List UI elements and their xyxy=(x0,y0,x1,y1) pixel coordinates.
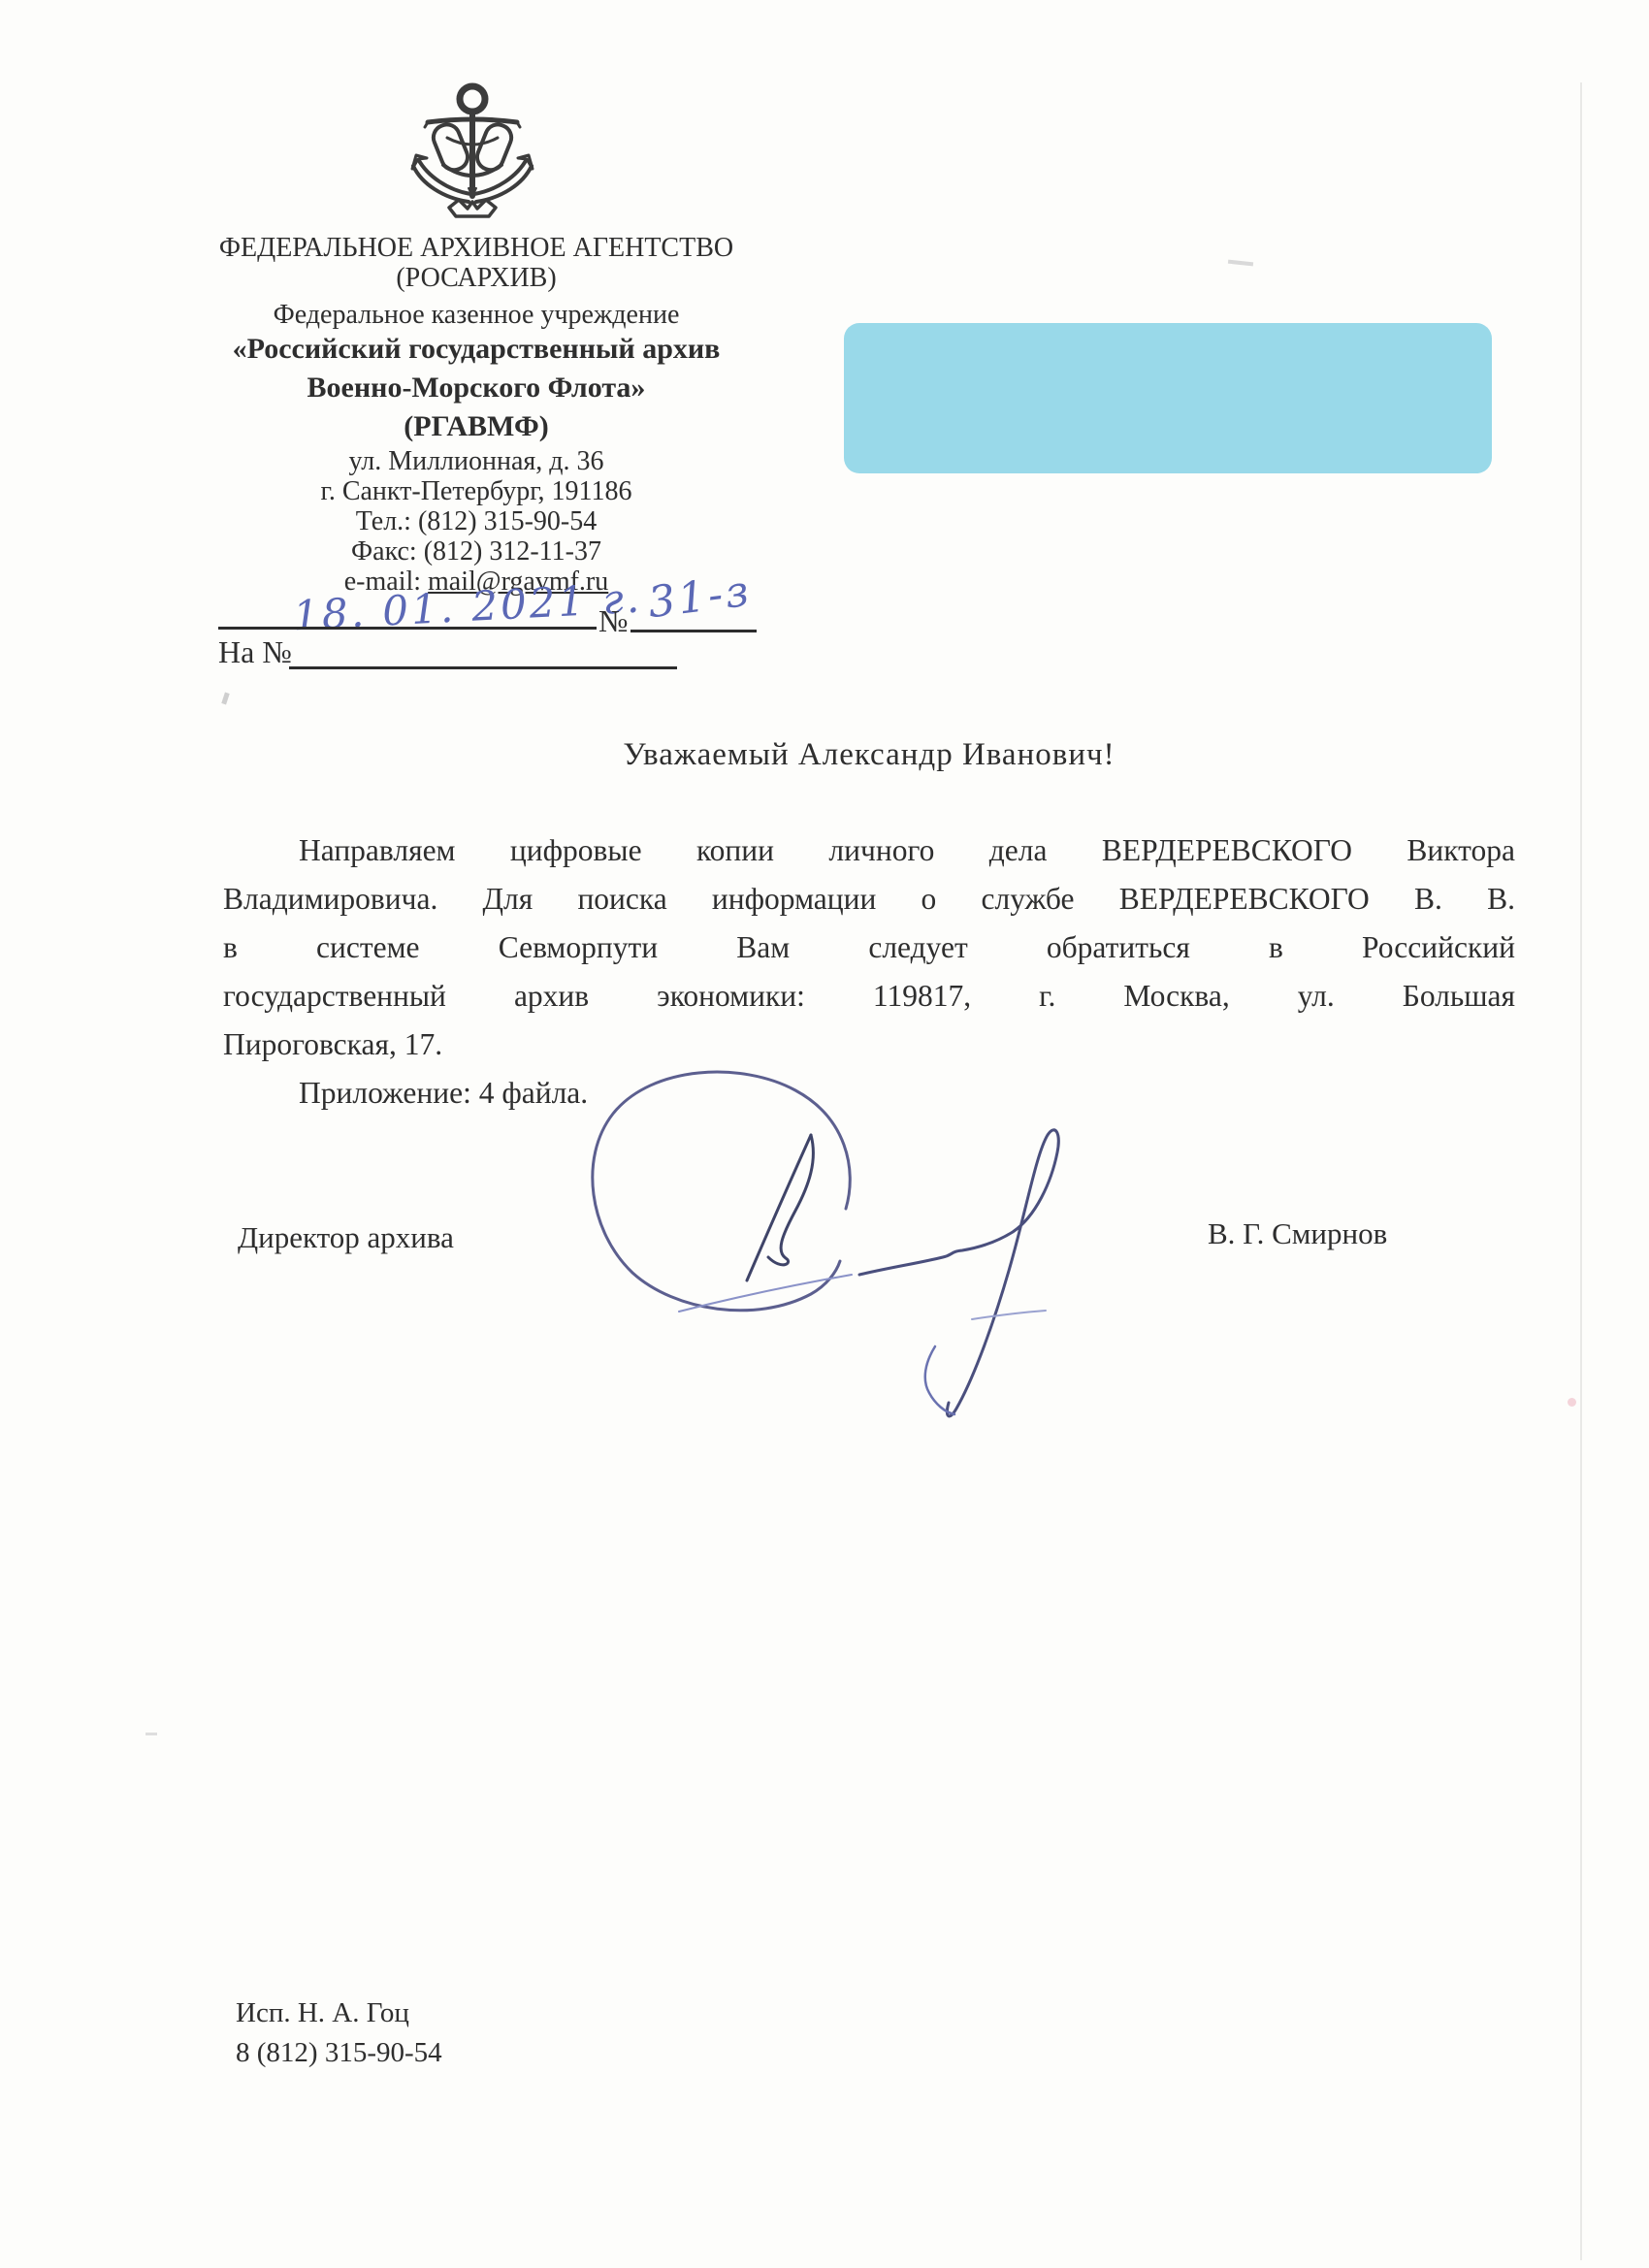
org-type: Федеральное казенное учреждение xyxy=(179,300,773,330)
body-line: государственный архив экономики: 119817,… xyxy=(223,972,1515,1021)
letterhead: ФЕДЕРАЛЬНОЕ АРХИВНОЕ АГЕНТСТВО (РОСАРХИВ… xyxy=(179,233,773,597)
fax-line: Факс: (812) 312-11-37 xyxy=(179,536,773,567)
phone-line: Тел.: (812) 315-90-54 xyxy=(179,506,773,536)
org-name-line2: Военно-Морского Флота» xyxy=(179,369,773,407)
city-address: г. Санкт-Петербург, 191186 xyxy=(179,476,773,506)
executor-note: Исп. Н. А. Гоц 8 (812) 315-90-54 xyxy=(236,1993,442,2073)
org-name-line1: «Российский государственный архив xyxy=(179,330,773,369)
executor-phone: 8 (812) 315-90-54 xyxy=(236,2033,442,2073)
redaction-box xyxy=(844,323,1492,473)
body-line: Владимировича. Для поиска информации о с… xyxy=(223,875,1515,923)
incoming-number-label: На № xyxy=(218,634,292,670)
signer-name: В. Г. Смирнов xyxy=(1208,1216,1387,1251)
street-address: ул. Миллионная, д. 36 xyxy=(179,446,773,476)
salutation: Уважаемый Александр Иванович! xyxy=(223,737,1515,773)
scanned-letter-page: ФЕДЕРАЛЬНОЕ АРХИВНОЕ АГЕНТСТВО (РОСАРХИВ… xyxy=(0,0,1649,2268)
incoming-number-underline xyxy=(289,666,677,669)
scan-artifact xyxy=(1228,260,1253,267)
scan-artifact xyxy=(221,693,229,705)
body-line: в системе Севморпути Вам следует обратит… xyxy=(223,923,1515,972)
agency-name: ФЕДЕРАЛЬНОЕ АРХИВНОЕ АГЕНТСТВО xyxy=(179,233,773,263)
number-underline xyxy=(630,630,757,632)
body-line: Направляем цифровые копии личного дела В… xyxy=(223,826,1515,875)
executor-name: Исп. Н. А. Гоц xyxy=(236,1993,442,2033)
date-underline xyxy=(218,627,597,630)
number-sign: № xyxy=(598,603,629,639)
org-abbr: (РГАВМФ) xyxy=(179,407,773,446)
agency-abbr: (РОСАРХИВ) xyxy=(179,263,773,293)
scan-artifact xyxy=(1568,1398,1576,1407)
scan-edge-line xyxy=(1580,82,1582,2260)
scan-artifact xyxy=(145,1733,157,1735)
signer-position: Директор архива xyxy=(238,1220,454,1255)
anchor-scroll-logo-icon xyxy=(404,78,540,233)
handwritten-signature-scribble xyxy=(582,1062,1232,1450)
